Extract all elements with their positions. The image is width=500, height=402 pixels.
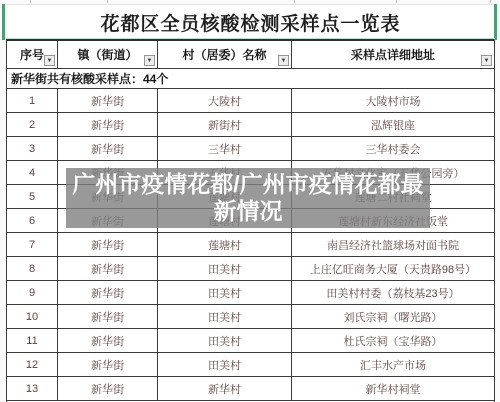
selection-border-bottom [6, 38, 495, 39]
cell-village: 三华村 [158, 137, 292, 160]
table-title-row: 花都区全员核酸检测采样点一览表 [6, 4, 495, 39]
cell-serial: 12 [7, 353, 58, 376]
table-row: 10 新华街 田美村 刘氏宗祠（曙光路） [7, 305, 494, 329]
cell-serial: 7 [7, 233, 58, 256]
cell-address: 杜氏宗祠（宝华路） [292, 329, 494, 352]
table-row: 13 新华街 新华村 新华村祠堂 [7, 377, 494, 401]
table-row: 8 新华街 田美村 上庄亿旺商务大厦（天贵路98号） [7, 257, 494, 281]
header-serial-label: 序号 [20, 46, 44, 63]
cell-town: 新华街 [58, 137, 158, 160]
cell-address: 南昌经济社篮球场对面书院 [292, 233, 494, 256]
table-row: 9 新华街 田美村 田美村村委（荔枝基23号） [7, 281, 494, 305]
filter-dropdown-icon[interactable]: ▼ [144, 55, 155, 66]
cropped-gridline-tick [30, 0, 31, 3]
cell-serial: 8 [7, 257, 58, 280]
filter-dropdown-icon[interactable]: ▼ [278, 55, 289, 66]
cropped-gridline-tick [490, 0, 491, 3]
watermark-line2: 新情况 [214, 198, 283, 225]
cell-serial: 2 [7, 113, 58, 136]
cell-serial: 6 [7, 209, 58, 232]
table-body: 1 新华街 大陵村 大陵村市场 2 新华街 新街村 泓辉银座 3 新华街 三华村… [6, 89, 495, 401]
cell-town: 新华街 [58, 353, 158, 376]
cell-serial: 1 [7, 89, 58, 112]
cropped-gridline-tick [107, 0, 108, 3]
cell-town: 新华街 [58, 329, 158, 352]
cell-village: 田美村 [158, 329, 292, 352]
cell-serial: 13 [7, 377, 58, 400]
article-image: { "title": "花都区全员核酸检测采样点一览表", "table": {… [0, 0, 500, 402]
header-serial: 序号 ▼ [7, 41, 58, 68]
cell-serial: 3 [7, 137, 58, 160]
cell-village: 大陵村 [158, 89, 292, 112]
cell-serial: 5 [7, 185, 58, 208]
cell-address: 田美村村委（荔枝基23号） [292, 281, 494, 304]
header-address: 采样点详细地址 ▼ [292, 41, 494, 68]
cell-village: 新华村 [158, 377, 292, 400]
watermark-line1: 广州市疫情花都/广州市疫情花都最 [72, 171, 423, 198]
selection-border-left [2, 4, 5, 40]
selection-border-right [494, 4, 497, 40]
cell-address: 刘氏宗祠（曙光路） [292, 305, 494, 328]
cell-village: 莲塘村 [158, 233, 292, 256]
cell-address: 上庄亿旺商务大厦（天贵路98号） [292, 257, 494, 280]
header-village-label: 村（居委）名称 [182, 46, 266, 63]
cell-village: 新街村 [158, 113, 292, 136]
cell-address: 泓辉银座 [292, 113, 494, 136]
group-summary-row: 新华街共有核酸采样点：44个 [6, 69, 495, 89]
cell-serial: 11 [7, 329, 58, 352]
cell-serial: 9 [7, 281, 58, 304]
table-row: 1 新华街 大陵村 大陵村市场 [7, 89, 494, 113]
cell-town: 新华街 [58, 377, 158, 400]
cell-serial: 4 [7, 161, 58, 184]
table-row: 12 新华街 田美村 汇丰水产市场 [7, 353, 494, 377]
cell-town: 新华街 [58, 257, 158, 280]
cropped-gridline-tick [396, 0, 397, 3]
header-town: 镇（街道） ▼ [58, 41, 158, 68]
table-header-row: 序号 ▼ 镇（街道） ▼ 村（居委）名称 ▼ 采样点详细地址 ▼ [6, 39, 495, 69]
table-title: 花都区全员核酸检测采样点一览表 [100, 9, 400, 36]
table-row: 11 新华街 田美村 杜氏宗祠（宝华路） [7, 329, 494, 353]
cell-town: 新华街 [58, 281, 158, 304]
header-address-label: 采样点详细地址 [351, 46, 435, 63]
table-row: 3 新华街 三华村 三华村委会 [7, 137, 494, 161]
cell-address: 汇丰水产市场 [292, 353, 494, 376]
filter-dropdown-icon[interactable]: ▼ [481, 55, 492, 66]
cell-address: 大陵村市场 [292, 89, 494, 112]
cell-serial: 10 [7, 305, 58, 328]
cell-town: 新华街 [58, 305, 158, 328]
cell-village: 田美村 [158, 353, 292, 376]
cell-village: 田美村 [158, 257, 292, 280]
header-village: 村（居委）名称 ▼ [158, 41, 292, 68]
cell-town: 新华街 [58, 89, 158, 112]
table-row: 2 新华街 新街村 泓辉银座 [7, 113, 494, 137]
cell-town: 新华街 [58, 233, 158, 256]
cell-village: 田美村 [158, 305, 292, 328]
table-row: 7 新华街 莲塘村 南昌经济社篮球场对面书院 [7, 233, 494, 257]
cell-village: 田美村 [158, 281, 292, 304]
cell-address: 新华村祠堂 [292, 377, 494, 400]
header-town-label: 镇（街道） [77, 46, 137, 63]
cell-address: 三华村委会 [292, 137, 494, 160]
filter-dropdown-icon[interactable]: ▼ [44, 55, 55, 66]
cropped-gridline-tick [294, 0, 295, 3]
watermark-overlay: 广州市疫情花都/广州市疫情花都最 新情况 [66, 168, 430, 228]
cell-town: 新华街 [58, 113, 158, 136]
